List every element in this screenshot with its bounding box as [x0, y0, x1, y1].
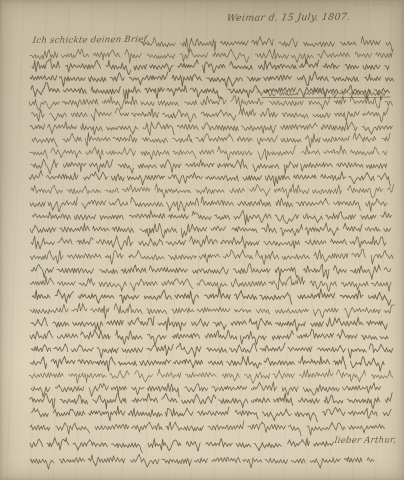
handwriting-line	[30, 276, 391, 292]
handwriting-line	[29, 369, 393, 384]
handwriting-line	[31, 343, 393, 359]
handwriting-line	[30, 122, 393, 136]
handwriting-line	[31, 264, 391, 280]
handwriting-line	[30, 249, 393, 264]
handwriting-line	[30, 145, 387, 160]
handwriting-line	[32, 59, 389, 75]
handwriting-line	[31, 317, 387, 332]
handwriting-line	[30, 49, 393, 64]
handwriting-line	[32, 133, 390, 148]
handwriting-line	[32, 289, 391, 306]
handwriting-line	[30, 421, 385, 436]
letter-dateline: Weimar d. 15 July. 1807.	[226, 12, 351, 24]
handwriting-line	[30, 72, 394, 88]
addressee-fragment: lieber Arthur,	[334, 435, 397, 446]
handwriting-line	[31, 406, 391, 422]
handwriting-line	[30, 356, 384, 371]
handwriting-line	[30, 223, 391, 238]
handwriting-line	[30, 197, 387, 212]
handwriting-body	[0, 0, 404, 480]
letter-page: Weimar d. 15 July. 1807. Ich schickte de…	[0, 0, 404, 480]
handwriting-line	[29, 170, 391, 186]
opening-fragment: Ich schickte deinen Brief,	[32, 35, 150, 46]
pencil-annotation	[354, 1, 394, 7]
handwriting-line	[31, 107, 389, 122]
handwriting-line	[31, 159, 387, 174]
handwriting-line	[141, 36, 392, 52]
handwriting-line	[31, 236, 386, 250]
handwriting-line	[30, 454, 374, 469]
handwriting-line	[31, 184, 394, 199]
handwriting-line	[32, 210, 392, 224]
handwriting-line	[30, 329, 388, 345]
handwriting-line	[30, 393, 392, 409]
handwriting-line	[31, 83, 390, 100]
handwriting-line	[30, 303, 394, 318]
handwriting-line	[30, 438, 334, 453]
handwriting-line	[31, 382, 381, 397]
insertion-underline	[262, 97, 390, 98]
